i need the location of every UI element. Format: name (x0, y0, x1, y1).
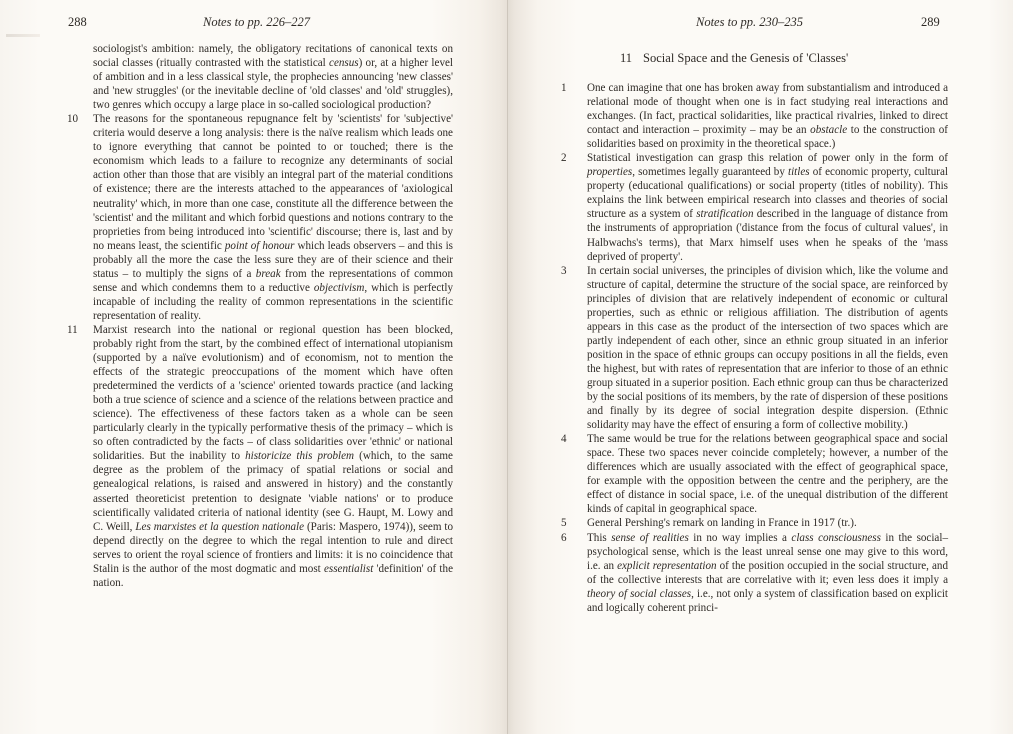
footnote-italic-text: properties (587, 166, 632, 178)
chapter-heading: 11Social Space and the Genesis of 'Class… (620, 51, 848, 66)
footnote: 6This sense of realities in no way impli… (558, 531, 948, 615)
footnote-number: 11 (67, 323, 87, 337)
footnote-italic-text: sense of realities (611, 532, 689, 544)
footnote-text: This (587, 532, 611, 544)
footnote: 10The reasons for the spontaneous repugn… (64, 112, 453, 323)
footnote-italic-text: class consciousness (791, 532, 881, 544)
footnote-number: 3 (561, 264, 581, 278)
footnote-number: 6 (561, 531, 581, 545)
footnote-number: 4 (561, 432, 581, 446)
footnote-text: Statistical investigation can grasp this… (587, 152, 948, 164)
page-number: 288 (68, 15, 87, 30)
footnote-italic-text: census (329, 57, 359, 69)
footnote-number: 5 (561, 516, 581, 530)
footnote: 2Statistical investigation can grasp thi… (558, 151, 948, 263)
footnote: 4The same would be true for the relation… (558, 432, 948, 516)
margin-smudge (6, 34, 40, 37)
footnote-italic-text: explicit representation (617, 560, 717, 572)
notes-list: 1One can imagine that one has broken awa… (558, 81, 948, 615)
footnote: sociologist's ambition: namely, the obli… (64, 42, 453, 112)
notes-list: sociologist's ambition: namely, the obli… (64, 42, 453, 590)
footnote-text: The same would be true for the relations… (587, 433, 948, 515)
footnote-number: 10 (67, 112, 87, 126)
footnote-italic-text: theory of social classes (587, 588, 691, 600)
footnote-number: 2 (561, 151, 581, 165)
footnote-number: 1 (561, 81, 581, 95)
footnote: 1One can imagine that one has broken awa… (558, 81, 948, 151)
footnote: 11Marxist research into the national or … (64, 323, 453, 590)
footnote: 3In certain social universes, the princi… (558, 264, 948, 433)
footnote: 5General Pershing's remark on landing in… (558, 516, 948, 530)
footnote-italic-text: titles (788, 166, 810, 178)
footnote-text: Marxist research into the national or re… (93, 324, 453, 462)
right-page: Notes to pp. 230–235 289 11Social Space … (508, 0, 1013, 734)
footnote-italic-text: obstacle (810, 124, 847, 136)
running-head: Notes to pp. 230–235 (696, 15, 803, 30)
footnote-text: , sometimes legally guaranteed by (632, 166, 788, 178)
page-number: 289 (921, 15, 940, 30)
running-head: Notes to pp. 226–227 (203, 15, 310, 30)
left-page: 288 Notes to pp. 226–227 sociologist's a… (0, 0, 508, 734)
footnote-text: General Pershing's remark on landing in … (587, 517, 857, 529)
footnote-italic-text: break (256, 268, 281, 280)
footnote-italic-text: point of honour (225, 240, 295, 252)
book-spread: 288 Notes to pp. 226–227 sociologist's a… (0, 0, 1013, 734)
footnote-italic-text: Les marxistes et la question nationale (135, 521, 304, 533)
footnote-italic-text: historicize this problem (245, 450, 354, 462)
footnote-italic-text: stratification (696, 208, 753, 220)
chapter-number: 11 (620, 51, 632, 65)
footnote-text: In certain social universes, the princip… (587, 265, 948, 432)
footnote-text: The reasons for the spontaneous repugnan… (93, 113, 453, 251)
footnote-italic-text: essentialist (324, 563, 373, 575)
chapter-title: Social Space and the Genesis of 'Classes… (643, 51, 848, 65)
footnote-italic-text: objectivism (314, 282, 365, 294)
footnote-text: in no way implies a (689, 532, 792, 544)
